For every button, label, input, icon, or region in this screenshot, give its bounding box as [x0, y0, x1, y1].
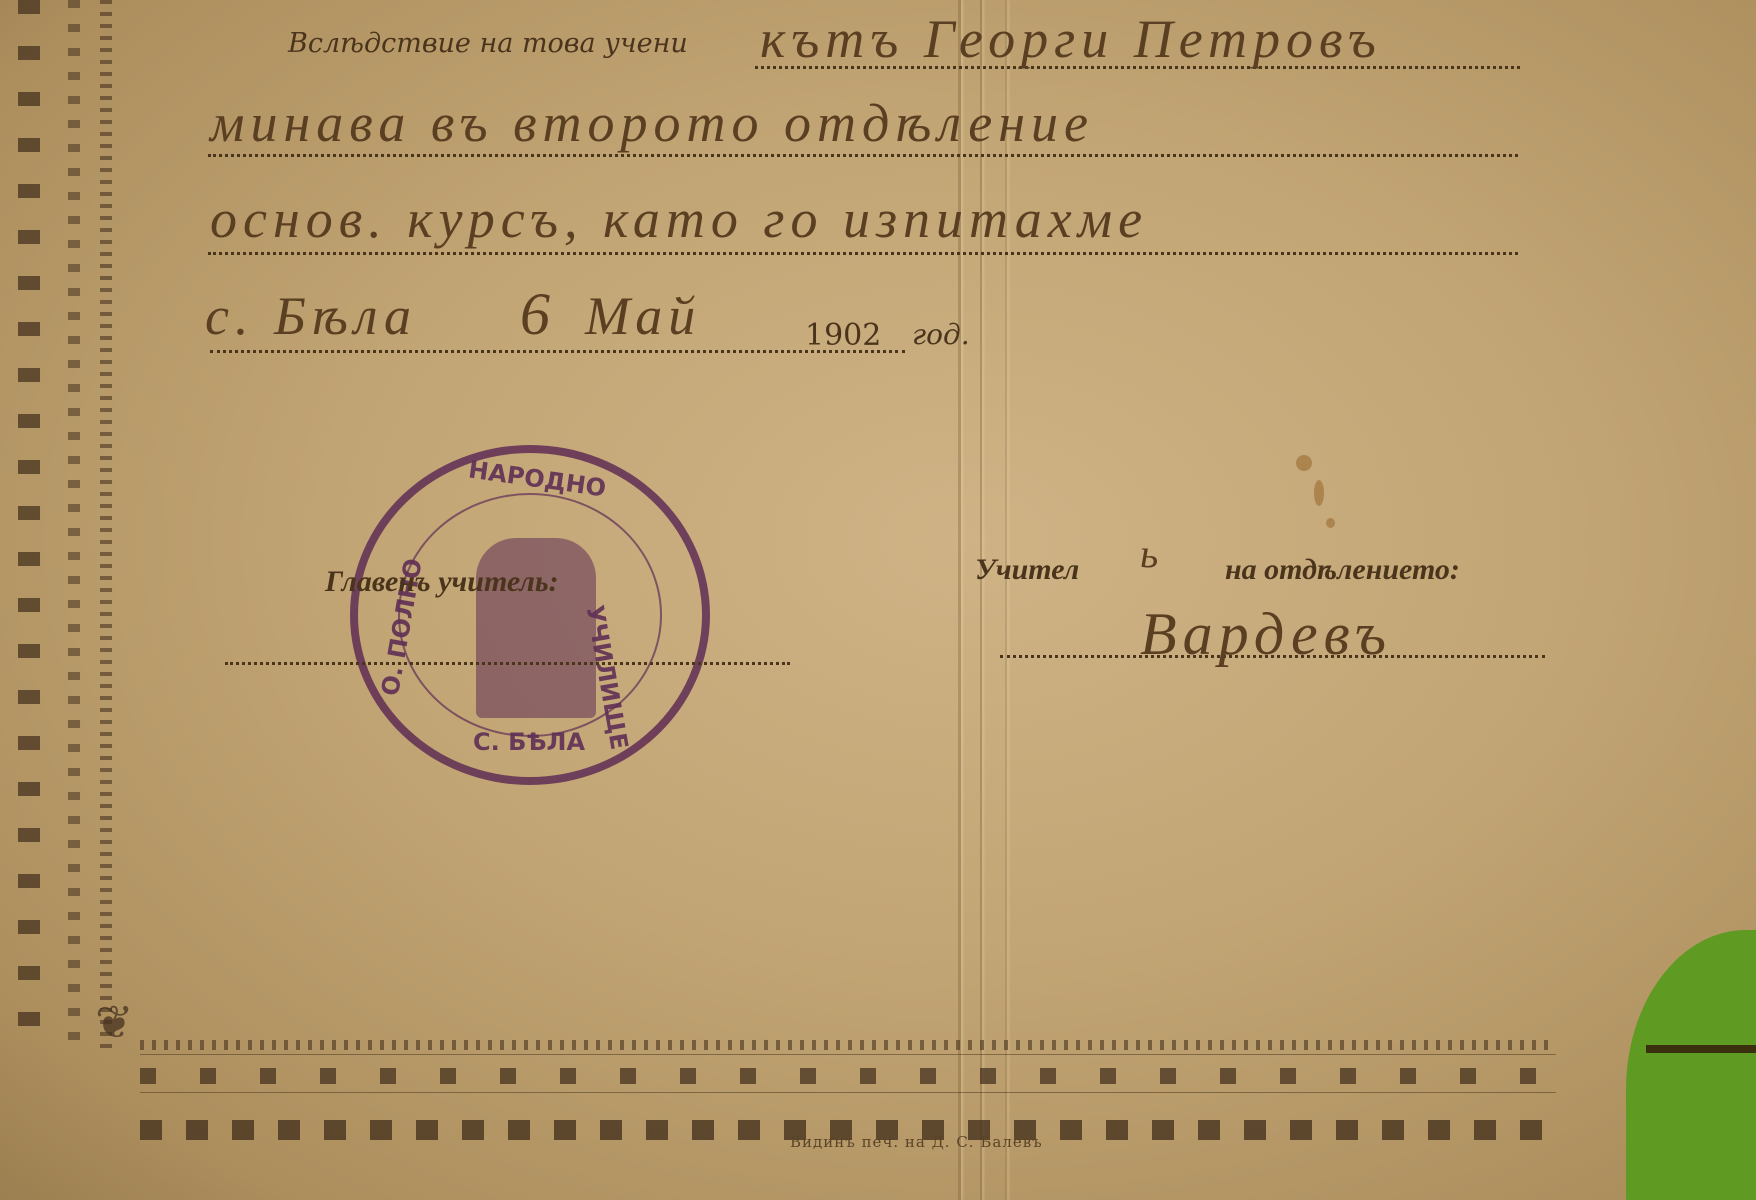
fold-crease: [958, 0, 961, 1200]
official-stamp: НАРОДНО УЧИЛИЩЕ О. ПОЛНО С. БѢЛА: [350, 445, 710, 785]
certificate-paper: ❦ ⚜ Вслѣдствие на това учени кътъ Георги…: [0, 0, 1756, 1200]
class-teacher-label-start: Учител: [975, 553, 1079, 587]
year-suffix: год.: [912, 318, 970, 351]
head-teacher-signature-line: [225, 662, 790, 665]
ink-stain: [1296, 455, 1312, 471]
ink-stain: [1326, 518, 1335, 528]
printed-text-line1: Вслѣдствие на това учени: [288, 28, 688, 59]
handwritten-student-name: кътъ Георги Петровъ: [760, 8, 1382, 70]
handwritten-place: с. Бѣла: [205, 285, 417, 347]
fold-crease: [980, 0, 982, 1200]
fabric-stripe: [1646, 1045, 1756, 1053]
fold-crease: [1005, 0, 1007, 1200]
class-teacher-signature: Вардевъ: [1140, 600, 1392, 669]
class-teacher-label-fill: ь: [1140, 530, 1164, 577]
ink-stain: [1314, 480, 1324, 506]
year: 1902: [805, 318, 881, 353]
dotted-line: [208, 252, 1518, 255]
printer-imprint: Видинъ печ. на Д. С. Балевъ: [790, 1133, 1043, 1151]
handwritten-day: 6: [520, 280, 556, 349]
handwritten-month: Май: [585, 285, 701, 347]
class-teacher-label-end: на отдѣлението:: [1225, 553, 1460, 587]
dotted-line: [208, 154, 1518, 157]
dotted-line: [210, 350, 905, 353]
ornamental-border-left: [0, 0, 130, 1050]
handwritten-line3: основ. курсъ, като го изпитахме: [210, 188, 1148, 250]
head-teacher-label: Главенъ учитель:: [325, 565, 559, 599]
green-fabric-background: [1626, 930, 1756, 1200]
corner-flourish-icon: ❦: [95, 995, 134, 1049]
stamp-bottom-text: С. БѢЛА: [473, 728, 585, 756]
handwritten-line2: минава въ второто отдѣление: [210, 92, 1094, 154]
